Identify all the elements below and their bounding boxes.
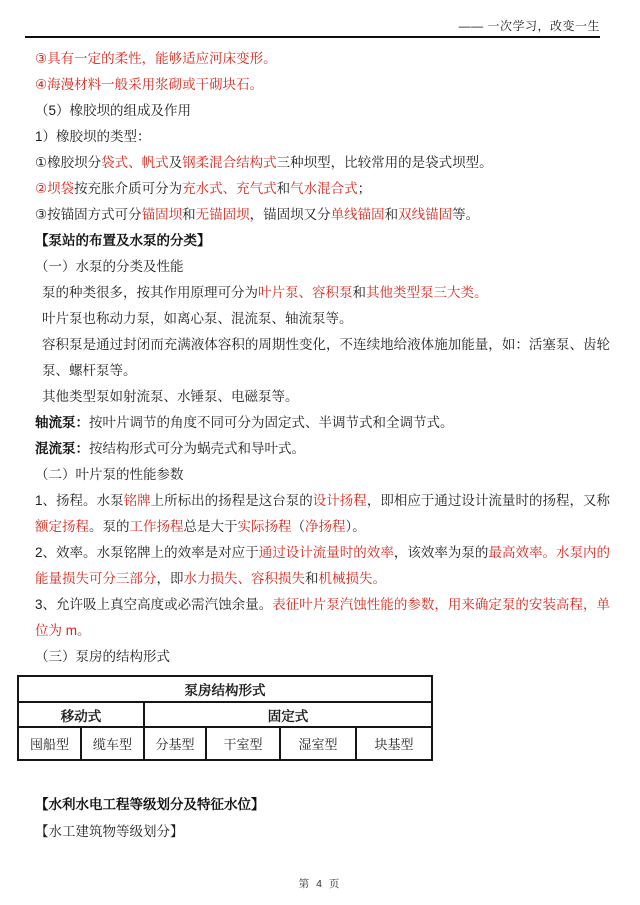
text-run: 等。 — [452, 207, 479, 222]
table-cell-pontoon: 囤船型 — [18, 727, 81, 760]
para-dam-type-3: ③按锚固方式可分锚固坝和无锚固坝，锚固坝又分单线锚固和双线锚固等。 — [35, 202, 610, 228]
text-run: 上所标出的扬程是这台泵的 — [151, 493, 313, 508]
para-dam-type-2: ②坝袋按充胀介质可分为充水式、充气式和气水混合式； — [35, 176, 610, 202]
bottom-sections: 【水利水电工程等级划分及特征水位】【水工建筑物等级划分】 — [0, 761, 640, 845]
para-positive-displacement-pump: 容积泵是通过封闭而充满液体容积的周期性变化，不连续地给液体施加能量，如：活塞泵、… — [35, 332, 610, 384]
text-run: 按充胀介质可分为 — [74, 181, 182, 196]
text-run: （三）泵房的结构形式 — [35, 649, 170, 664]
table-title-row: 泵房结构形式 — [18, 676, 432, 702]
text-run: 容积泵是通过封闭而充满液体容积的周期性变化，不连续地给液体施加能量，如：活塞泵、… — [42, 337, 610, 378]
text-run: ，即 — [157, 571, 184, 586]
para-performance-heading: （二）叶片泵的性能参数 — [35, 462, 610, 488]
text-run: ④海漫材料一般采用浆砌或干砌块石。 — [35, 77, 263, 92]
text-run: 3、允许吸上真空高度或必需汽蚀余量。 — [35, 597, 272, 612]
text-run: 充水式、充气式 — [182, 181, 277, 196]
para-cavitation: 3、允许吸上真空高度或必需汽蚀余量。表征叶片泵汽蚀性能的参数，用来确定泵的安装高… — [35, 592, 610, 644]
para-rubber-dam-types-heading: 1）橡胶坝的类型： — [35, 124, 610, 150]
text-run: 其他类型泵三大类。 — [366, 285, 488, 300]
text-run: （一）水泵的分类及性能 — [35, 259, 184, 274]
text-run: 净扬程 — [305, 519, 346, 534]
text-run: 锚固坝 — [142, 207, 183, 222]
table-cell-dry-chamber: 干室型 — [206, 727, 280, 760]
text-run: ，锚固坝又分 — [250, 207, 331, 222]
table-group-row: 移动式 固定式 — [18, 702, 432, 727]
page-header: —— 一次学习，改变一生 — [25, 17, 600, 38]
text-run: 叶片泵也称动力泵，如离心泵、混流泵、轴流泵等。 — [42, 311, 353, 326]
para-pump-kinds: 泵的种类很多，按其作用原理可分为叶片泵、容积泵和其他类型泵三大类。 — [35, 280, 610, 306]
text-run: 轴流泵： — [35, 415, 89, 430]
text-run: 无锚固坝 — [196, 207, 250, 222]
text-run: 钢柔混合结构式 — [182, 155, 277, 170]
table-cell-cablecar: 缆车型 — [81, 727, 144, 760]
text-run: 混流泵： — [35, 441, 89, 456]
text-run: 额定扬程 — [35, 519, 89, 534]
text-run: 总是大于 — [184, 519, 238, 534]
text-run: 按结构形式可分为蜗壳式和导叶式。 — [89, 441, 305, 456]
table-title: 泵房结构形式 — [18, 676, 432, 702]
text-run: 铭牌 — [124, 493, 151, 508]
text-run: 工作扬程 — [130, 519, 184, 534]
para-axial-flow-pump: 轴流泵：按叶片调节的角度不同可分为固定式、半调节式和全调节式。 — [35, 410, 610, 436]
text-run: 三种坝型，比较常用的是袋式坝型。 — [277, 155, 493, 170]
text-run: 和 — [305, 571, 319, 586]
text-run: 和 — [385, 207, 399, 222]
text-run: 1）橡胶坝的类型： — [35, 129, 151, 144]
para-dam-type-1: ①橡胶坝分袋式、帆式及钢柔混合结构式三种坝型，比较常用的是袋式坝型。 — [35, 150, 610, 176]
text-run: 叶片泵、容积泵 — [258, 285, 353, 300]
text-run: （二）叶片泵的性能参数 — [35, 467, 184, 482]
text-run: 水力损失、容积损失 — [184, 571, 306, 586]
para-pump-head: 1、扬程。水泵铭牌上所标出的扬程是这台泵的设计扬程，即相应于通过设计流量时的扬程… — [35, 488, 610, 540]
text-run: 和 — [277, 181, 291, 196]
text-run: 按叶片调节的角度不同可分为固定式、半调节式和全调节式。 — [89, 415, 454, 430]
text-run: ，即相应于通过设计流量时的扬程，又称 — [367, 493, 610, 508]
text-run: ，该效率为泵的 — [394, 545, 489, 560]
table-cell-split-foundation: 分基型 — [144, 727, 206, 760]
text-run: 气水混合式 — [290, 181, 358, 196]
table-group-fixed: 固定式 — [144, 702, 432, 727]
para-other-pumps: 其他类型泵如射流泵、水锤泵、电磁泵等。 — [35, 384, 610, 410]
text-run: （ — [292, 519, 306, 534]
para-vane-pump: 叶片泵也称动力泵，如离心泵、混流泵、轴流泵等。 — [35, 306, 610, 332]
para-haiman-material: ④海漫材料一般采用浆砌或干砌块石。 — [35, 72, 610, 98]
page-number: 第 4 页 — [299, 878, 342, 890]
text-run: 单线锚固 — [331, 207, 385, 222]
text-run: ）。 — [346, 519, 366, 534]
table-group-mobile: 移动式 — [18, 702, 144, 727]
text-run: 泵的种类很多，按其作用原理可分为 — [42, 285, 258, 300]
text-run: （5）橡胶坝的组成及作用 — [35, 103, 191, 118]
section-pump-station: 【泵站的布置及水泵的分类】 — [35, 228, 610, 254]
body-text: ③具有一定的柔性，能够适应河床变形。④海漫材料一般采用浆砌或干砌块石。（5）橡胶… — [0, 38, 640, 670]
text-run: 和 — [353, 285, 367, 300]
para-mixed-flow-pump: 混流泵：按结构形式可分为蜗壳式和导叶式。 — [35, 436, 610, 462]
text-run: 1、扬程。水泵 — [35, 493, 124, 508]
page-footer: 第 4 页 — [0, 876, 640, 891]
text-run: 及 — [169, 155, 183, 170]
text-run: 和 — [182, 207, 196, 222]
para-rubber-dam-heading: （5）橡胶坝的组成及作用 — [35, 98, 610, 124]
table-cell-wet-chamber: 湿室型 — [280, 727, 356, 760]
pump-house-structure-table: 泵房结构形式 移动式 固定式 囤船型 缆车型 分基型 干室型 湿室型 块基型 — [17, 675, 433, 761]
text-run: 其他类型泵如射流泵、水锤泵、电磁泵等。 — [42, 389, 299, 404]
text-run: 。泵的 — [89, 519, 130, 534]
text-run: 袋式、帆式 — [101, 155, 169, 170]
text-run: ； — [358, 181, 372, 196]
text-run: ③具有一定的柔性，能够适应河床变形。 — [35, 51, 277, 66]
text-run: 2、效率。水泵铭牌上的效率是对应于 — [35, 545, 259, 560]
header-slogan: —— 一次学习，改变一生 — [459, 17, 600, 36]
para-pump-classification-heading: （一）水泵的分类及性能 — [35, 254, 610, 280]
text-run: ②坝袋 — [35, 181, 74, 196]
para-flexibility: ③具有一定的柔性，能够适应河床变形。 — [35, 46, 610, 72]
text-run: 【水利水电工程等级划分及特征水位】 — [35, 797, 265, 812]
text-run: ①橡胶坝分 — [35, 155, 101, 170]
para-efficiency: 2、效率。水泵铭牌上的效率是对应于通过设计流量时的效率，该效率为泵的最高效率。水… — [35, 540, 610, 592]
table-cell-block-foundation: 块基型 — [356, 727, 432, 760]
para-hydraulic-structures-grade: 【水工建筑物等级划分】 — [35, 818, 610, 845]
text-run: 通过设计流量时的效率 — [259, 545, 394, 560]
text-run: 【泵站的布置及水泵的分类】 — [35, 233, 211, 248]
text-run: 机械损失。 — [319, 571, 387, 586]
para-pump-house-heading: （三）泵房的结构形式 — [35, 644, 610, 670]
text-run: 设计扬程 — [313, 493, 367, 508]
table-type-row: 囤船型 缆车型 分基型 干室型 湿室型 块基型 — [18, 727, 432, 760]
text-run: ③按锚固方式可分 — [35, 207, 142, 222]
text-run: 双线锚固 — [398, 207, 452, 222]
text-run: 实际扬程 — [238, 519, 292, 534]
document-page: —— 一次学习，改变一生 ③具有一定的柔性，能够适应河床变形。④海漫材料一般采用… — [0, 0, 640, 905]
section-grade-division: 【水利水电工程等级划分及特征水位】 — [35, 791, 610, 818]
text-run: 【水工建筑物等级划分】 — [35, 824, 184, 839]
